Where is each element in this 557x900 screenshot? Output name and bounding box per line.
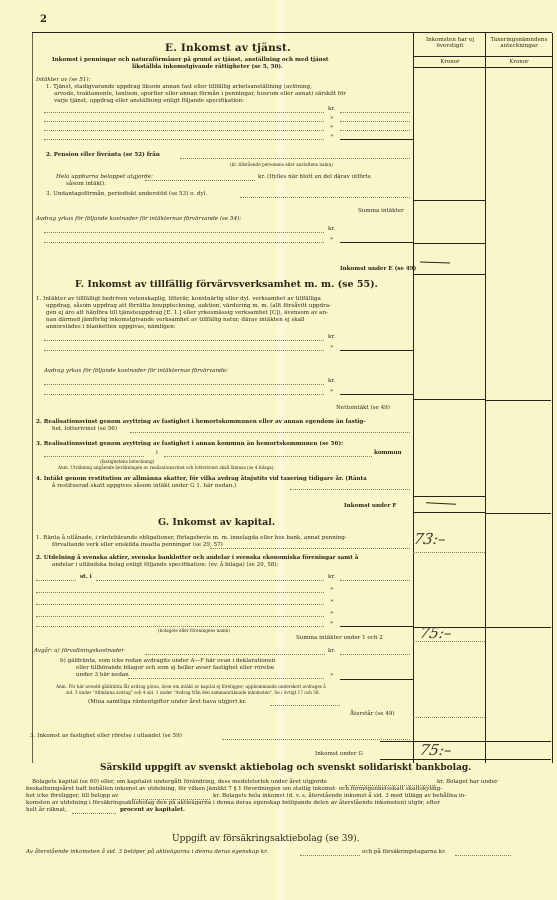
row-divider — [413, 512, 485, 513]
section-f-item1-line5: annorstädes i blanketten uppgivas, nämli… — [46, 324, 176, 331]
deduction-line[interactable] — [44, 394, 324, 395]
aktiebolag-line3-b: kr. Bolagets hela inkomst (d. v. s. åter… — [213, 793, 466, 800]
activity-line[interactable] — [44, 340, 324, 341]
ditto-mark: » — [330, 388, 333, 395]
section-f-item1-line3: gen ej äro att hänföra till tjänsteuppdr… — [46, 310, 328, 317]
ditto-mark: » — [330, 124, 333, 131]
page-number: 2 — [40, 14, 47, 25]
forsakring-line1-b: och på försäkringstagarna kr. — [362, 849, 446, 856]
policyholders-amount-field[interactable] — [455, 855, 511, 856]
spec-line[interactable] — [44, 121, 324, 122]
subtotal-line — [340, 679, 413, 680]
bottom-divider — [380, 759, 551, 760]
admin-cost-field[interactable] — [145, 654, 325, 655]
foreign-income-field[interactable] — [222, 739, 410, 740]
company-name-field[interactable] — [36, 592, 324, 593]
section-g-avgar-b2: eller tillhörande bilagor och som ej hel… — [76, 665, 274, 672]
section-f-item4-line1: 4. Intäkt genom restitution av allmänna … — [36, 476, 367, 483]
pension-total-field[interactable] — [145, 180, 255, 181]
ditto-mark: » — [330, 672, 333, 679]
subtotal-line — [340, 242, 413, 243]
section-f-anm: Anm. Uträkning angående beräkningen av r… — [58, 465, 275, 470]
company-name-field[interactable] — [96, 580, 324, 581]
section-g-avgar-a: Avgår: a) förvaltningskostnader — [34, 648, 124, 655]
aktiebolag-line2: beskattningsåret haft behållen inkomst a… — [26, 786, 442, 793]
subtotal-line — [340, 350, 413, 351]
ditto-mark: » — [330, 236, 333, 243]
section-e-subtitle-2: likställda inkomstgivande rättigheter (s… — [132, 64, 283, 71]
ditto-mark: » — [330, 344, 333, 351]
row-divider — [380, 741, 551, 742]
kr-label: kr. — [328, 334, 335, 341]
section-e-intakter-label: Intäkter av (se 51): — [36, 77, 90, 84]
activity-line[interactable] — [44, 350, 324, 351]
section-g-aterstar: Återstår (se 49) — [350, 711, 395, 718]
interest-amount-handwritten: 73:– — [412, 530, 447, 548]
pension-source-field[interactable] — [180, 158, 410, 159]
spec-line[interactable] — [44, 112, 324, 113]
amount-line[interactable] — [340, 121, 410, 122]
section-f-avdrag: Avdrag yrkas för följande kostnader för … — [44, 368, 228, 375]
section-e-avdrag: Avdrag yrkas för följande kostnader för … — [36, 216, 241, 223]
shareholders-amount-field[interactable] — [300, 855, 360, 856]
amount-column-header: Inkomsten har ej överstigit — [414, 37, 486, 49]
section-g-avgar-b1: b) gäldränta, som icke redan avdragits u… — [60, 658, 275, 665]
section-g-item2-line1: 2. Utdelning å svenska aktier, svenska b… — [36, 555, 358, 562]
subtotal-line — [340, 139, 413, 140]
row-divider — [485, 400, 551, 401]
section-g-anm-1: Anm. För här avsedd gäldränta får avdrag… — [56, 684, 326, 689]
property-designation-field[interactable] — [44, 456, 144, 457]
percent-field[interactable] — [72, 813, 116, 814]
spec-line[interactable] — [44, 139, 324, 140]
section-e-summa: Summa intäkter — [358, 208, 404, 215]
section-f-netto: Nettointäkt (se 49) — [336, 405, 390, 412]
interest-field[interactable] — [210, 548, 410, 549]
kr-label: kr. — [328, 226, 335, 233]
st-i-label: st. i — [80, 574, 92, 581]
kr-label: kr. — [328, 378, 335, 385]
summa-amount-handwritten: 75:– — [418, 624, 453, 642]
section-e-item1-line2: arvode, traktamente, tantiem, sportler e… — [54, 91, 346, 98]
section-g-item1-line1: 1. Ränta å utlånade, i räntebärande obli… — [36, 535, 347, 542]
undantag-field[interactable] — [240, 197, 410, 198]
forsakring-line1: Av återstående inkomsten å sid. 3 belöpe… — [26, 849, 268, 856]
aktiebolag-line1: Bolagets kapital (se 60) eller, om kapit… — [32, 779, 327, 786]
section-g-item2-line2: andelar i utländska bolag enligt följand… — [52, 562, 278, 569]
section-e-total: Inkomst under E (se 49) — [340, 266, 416, 273]
section-e-subtitle-1: Inkomst i penningar och naturaförmåner p… — [52, 57, 328, 64]
realisation-field[interactable] — [130, 432, 410, 433]
section-e-item1-line1: 1. Tjänst, stadigvarande uppdrag liksom … — [46, 84, 312, 91]
company-name-field[interactable] — [36, 616, 324, 617]
aktiebolag-line4: komsten av utdelning i försäkringsaktieb… — [26, 800, 440, 807]
spec-line[interactable] — [44, 130, 324, 131]
ditto-mark: » — [330, 620, 333, 627]
section-f-total: Inkomst under F — [344, 503, 396, 510]
aktiebolag-line5: helt år räknat, — [26, 807, 67, 814]
section-f-item2-line1: 2. Realisationsvinst genom avyttring av … — [36, 419, 366, 426]
amount-line — [413, 552, 485, 553]
section-f-item4-line2: å restituerad skatt uppgives såsom intäk… — [52, 483, 236, 490]
assessment-notes-unit: Kronor — [486, 56, 552, 68]
row-divider — [485, 627, 551, 628]
subtotal-line — [340, 394, 413, 395]
amount-column-unit: Kronor — [414, 56, 486, 68]
kr-label: kr. — [328, 106, 335, 113]
section-e-item3: 3. Undantagsförmån, periodiskt understöd… — [46, 191, 207, 198]
section-f-item3: 3. Realisationsvinst genom avyttring av … — [36, 441, 343, 448]
amount-line[interactable] — [340, 112, 410, 113]
aktiebolag-line1-kr: kr. Bolaget har under — [437, 779, 498, 786]
section-f-item1-line1: 1. Intäkter av tillfälligt bedriven vete… — [36, 296, 321, 303]
company-name-field[interactable] — [36, 626, 324, 627]
section-g-item1-line2: förvaltande verk eller enskilda insatta … — [52, 542, 223, 549]
restitution-field[interactable] — [290, 489, 410, 490]
section-g-avgar-b3: under 3 här nedan — [76, 672, 129, 679]
assessment-notes-column: Taxeringsnämndens anteckningar Kronor — [485, 33, 553, 763]
company-name-note: (bolagets eller föreningens namn) — [158, 628, 230, 633]
aktiebolag-line5-b: procent av kapitalet. — [120, 807, 185, 814]
row-divider — [413, 200, 485, 201]
ditto-mark: » — [330, 133, 333, 140]
pension-source-note: (bl. tillstående personens eller anstalt… — [230, 162, 333, 167]
section-e-item2-note: kr. (Ifylles när blott en del därav utfö… — [258, 174, 371, 181]
amount-line — [413, 641, 485, 642]
amount-column: Inkomsten har ej överstigit Kronor — [413, 33, 486, 763]
section-e-item2-note2: såsom intäkt). — [66, 181, 106, 188]
section-g-anm-2: sid. 3 under "Allmänna avdrag" och 4 sid… — [66, 690, 320, 695]
row-divider — [485, 513, 551, 514]
ditto-mark: » — [330, 610, 333, 617]
subtotal-line — [340, 626, 413, 627]
kr-label: kr. — [328, 574, 335, 581]
amount-line — [413, 717, 485, 718]
section-g-total: Inkomst under G — [315, 751, 363, 758]
row-divider — [413, 274, 485, 275]
section-f-item1-line2: uppdrag, såsom uppdrag att förrätta boup… — [46, 303, 331, 310]
row-divider — [413, 243, 485, 244]
in-label: i — [156, 450, 158, 457]
deduction-line[interactable] — [44, 232, 324, 233]
section-g-item3: 3. Inkomst av fastighet eller rörelse i … — [30, 733, 182, 740]
deduction-line[interactable] — [44, 242, 324, 243]
row-divider — [413, 399, 485, 400]
amount-line[interactable] — [340, 580, 410, 581]
aktiebolag-line3: het icke föreligger, till belopp av — [26, 793, 118, 800]
debt-interest-field[interactable] — [128, 678, 324, 679]
section-e-item2: 2. Pension eller livränta (se 52) från — [46, 152, 160, 159]
ditto-mark: » — [330, 586, 333, 593]
section-f-title: F. Inkomst av tillfällig förvärvsverksam… — [75, 279, 378, 290]
section-g-summa: Summa intäkter under 1 och 2 — [296, 635, 383, 642]
total-amount-handwritten: 75:– — [418, 741, 453, 759]
section-e-title: E. Inkomst av tjänst. — [165, 42, 291, 54]
company-name-field[interactable] — [36, 604, 324, 605]
shares-count-field[interactable] — [36, 580, 76, 581]
section-f-item2-line2: het, lotterivinst (se 56) — [52, 426, 117, 433]
total-interest-field[interactable] — [270, 705, 340, 706]
section-f-item1-line4: nan därmed jämförlig inkomstgivande verk… — [46, 317, 305, 324]
amount-line[interactable] — [340, 654, 410, 655]
section-e-item2-total: Hela uppburna beloppet utgjorde: — [56, 174, 153, 181]
municipality-field[interactable] — [164, 456, 372, 457]
aktiebolag-title: Särskild uppgift av svenskt aktiebolag o… — [100, 763, 471, 773]
forsakring-title: Uppgift av försäkringsaktiebolag (se 39)… — [172, 834, 360, 844]
row-divider — [413, 496, 485, 497]
section-g-rantor: (Mina samtliga räntentgifter under året … — [88, 699, 246, 706]
section-e-item1-line3: varje tjänst, uppdrag eller anställning … — [54, 98, 244, 105]
property-designation-note: (fastighetens beteckning) — [100, 459, 154, 464]
assessment-notes-header: Taxeringsnämndens anteckningar — [486, 37, 552, 49]
ditto-mark: » — [330, 115, 333, 122]
kr-label: kr. — [328, 648, 335, 655]
section-g-title: G. Inkomst av kapital. — [158, 517, 275, 528]
ditto-mark: » — [330, 598, 333, 605]
kommun-label: kommun — [374, 450, 402, 457]
amount-line[interactable] — [340, 130, 410, 131]
deduction-line[interactable] — [44, 384, 324, 385]
